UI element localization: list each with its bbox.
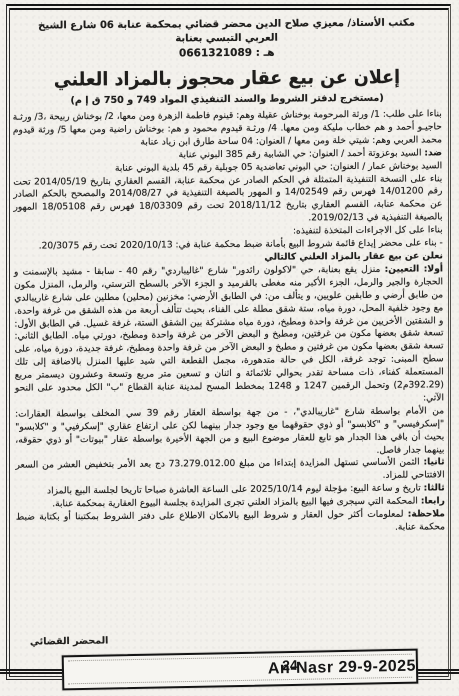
- bailiff-signature: المحضر القضائي: [30, 635, 109, 647]
- notice-body: بناءا على طلب: 1/ ورثة المرحومة بوخناش ع…: [13, 108, 445, 537]
- office-phone: هـ : 0661321089: [18, 44, 435, 61]
- paragraph-base-price: ثانيا: الثمن الأساسي تستهل المزايدة إبتد…: [15, 457, 444, 486]
- newspaper-name-date: An-Nasr 29-9-2025: [254, 657, 416, 678]
- newspaper-stamp-box: An-Nasr 29-9-2025 24: [62, 649, 419, 691]
- newspaper-page-number: 24: [282, 657, 298, 673]
- paragraph-note: ملاحظة: لمعلومات أكثر حول العقار و شروط …: [16, 508, 445, 537]
- notice-subtitle: (مستخرج لدفتر الشروط والسند التنفيذي الم…: [13, 91, 442, 107]
- paragraph-boundaries: من الأمام بواسطة شارع "غاريبالدي"، - من …: [15, 405, 444, 460]
- notice-title: إعلان عن بيع عقار محجوز بالمزاد العلني: [12, 66, 441, 93]
- paragraph-request: بناءا على طلب: 1/ ورثة المرحومة بوخناش ع…: [13, 108, 442, 150]
- office-header: مكتب الأستاذ/ معيزي صلاح الدين محضر قضائ…: [18, 16, 435, 61]
- paragraph-designation: أولا: التعيين: منزل يقع بعنابة، حي "لاكو…: [14, 263, 444, 408]
- document-content: مكتب الأستاذ/ معيزي صلاح الدين محضر قضائ…: [12, 12, 445, 537]
- scanned-auction-notice: { "document": { "office_header": { "line…: [0, 0, 459, 696]
- paragraph-judgment: بناء على النسخة التنفيذية المتمثلة في ال…: [13, 173, 442, 228]
